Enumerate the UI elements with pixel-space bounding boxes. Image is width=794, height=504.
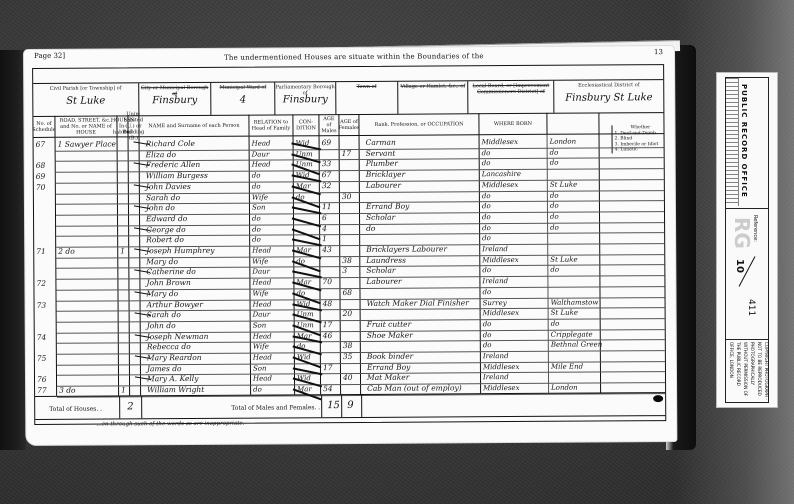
cell-relation: Daur bbox=[252, 267, 270, 277]
cell-name: William Burgess bbox=[146, 171, 208, 181]
cell-born-county: do bbox=[483, 330, 492, 340]
cell-relation: Head bbox=[253, 352, 272, 362]
cell-age-male: 69 bbox=[322, 138, 332, 148]
cell-name: Edward do bbox=[146, 214, 187, 224]
cell-age-female: 38 bbox=[342, 256, 352, 266]
district-label: Local Board, or [Improvement Commissione… bbox=[468, 83, 553, 96]
cell-relation: Head bbox=[252, 245, 271, 255]
cell-name: Rebecca do bbox=[147, 342, 191, 352]
cell-name: Mary do bbox=[146, 289, 178, 299]
cell-occupation: Laundress bbox=[366, 255, 406, 265]
cell-age-male: 46 bbox=[323, 331, 333, 341]
census-page: Page 32] The undermentioned Houses are s… bbox=[24, 46, 676, 445]
cell-born-county: Ireland bbox=[482, 244, 508, 254]
cell-relation: do bbox=[252, 224, 261, 234]
cell-inhabited: 1 bbox=[120, 246, 125, 256]
district-value: St Luke bbox=[33, 95, 138, 107]
cell-relation: Daur bbox=[252, 149, 270, 159]
district-box: Town of bbox=[336, 82, 399, 114]
column-header-schedule: No. of Schedule bbox=[33, 116, 55, 138]
district-value: Finsbury bbox=[139, 95, 210, 106]
column-header-relation: RELATION to Head of Family bbox=[249, 114, 293, 136]
cell-occupation: Watch Maker Dial Finisher bbox=[367, 298, 469, 309]
cell-born-place: do bbox=[550, 222, 559, 232]
cell-name: Catherine do bbox=[146, 267, 196, 277]
cell-born-place: do bbox=[550, 190, 559, 200]
cell-occupation: Shoe Maker bbox=[367, 330, 413, 340]
cell-inhabited: 1 bbox=[121, 385, 126, 395]
cell-born-place: London bbox=[550, 137, 577, 147]
census-table: No. of ScheduleROAD, STREET, &c., and No… bbox=[33, 112, 665, 396]
cell-schedule: 70 bbox=[36, 183, 46, 193]
cell-relation: Wife bbox=[252, 192, 268, 202]
cell-occupation: Errand Boy bbox=[366, 202, 409, 212]
cell-age-male: 4 bbox=[322, 224, 327, 234]
cell-born-county: do bbox=[482, 191, 491, 201]
column-rule bbox=[249, 137, 252, 395]
cell-age-female: 68 bbox=[342, 288, 352, 298]
pro-reference-block: Reference: RG 10 411 bbox=[726, 208, 768, 340]
males-total-value: 15 bbox=[327, 400, 340, 411]
cell-name: Mary Reardon bbox=[147, 353, 202, 363]
cell-born-county: do bbox=[482, 223, 491, 233]
cell-occupation: Bricklayers Labourer bbox=[366, 244, 447, 254]
cell-name: Richard Cole bbox=[146, 139, 195, 149]
cell-relation: Head bbox=[253, 299, 272, 309]
cell-born-county: Lancashire bbox=[482, 169, 521, 179]
cell-born-county: do bbox=[482, 201, 491, 211]
footnote: …en through such of the words as are ina… bbox=[96, 421, 244, 428]
cell-born-county: do bbox=[482, 212, 491, 222]
column-header-born-place bbox=[547, 112, 599, 134]
cell-born-place: London bbox=[551, 383, 578, 393]
ruler-scale bbox=[726, 78, 739, 206]
cell-schedule: 71 bbox=[36, 247, 46, 257]
cell-born-county: Middlesex bbox=[483, 362, 519, 372]
cell-schedule: 74 bbox=[37, 332, 47, 342]
cell-age-male: 67 bbox=[322, 170, 332, 180]
column-header-age-female: AGE of Females bbox=[339, 114, 359, 136]
cell-occupation: Errand Boy bbox=[367, 362, 410, 372]
cell-age-female: 30 bbox=[342, 192, 352, 202]
cell-schedule: 69 bbox=[36, 172, 46, 182]
column-header-name: NAME and Surname of each Person bbox=[139, 115, 249, 138]
district-value: Finsbury bbox=[276, 94, 335, 105]
column-rule bbox=[359, 136, 362, 394]
cell-name: Sarah do bbox=[147, 310, 181, 320]
column-header-infirmity bbox=[599, 112, 663, 134]
cell-name: John do bbox=[147, 321, 176, 331]
district-box: City or Municipal Borough ofFinsbury bbox=[139, 83, 211, 115]
cell-name: John do bbox=[146, 203, 175, 213]
cell-born-county: do bbox=[482, 287, 491, 297]
cell-relation: do bbox=[252, 213, 261, 223]
cell-schedule: 72 bbox=[36, 279, 46, 289]
cell-relation: Head bbox=[252, 278, 271, 288]
cell-schedule: 77 bbox=[37, 386, 47, 396]
district-label: Town of bbox=[336, 84, 397, 90]
cell-born-county: do bbox=[482, 159, 491, 169]
cell-age-male: 17 bbox=[323, 320, 333, 330]
cell-born-county: do bbox=[482, 148, 491, 158]
column-rule bbox=[599, 134, 602, 392]
cell-occupation: Plumber bbox=[366, 159, 398, 169]
ink-blot bbox=[653, 395, 663, 402]
cell-schedule: 75 bbox=[37, 354, 47, 364]
cell-born-place: St Luke bbox=[550, 179, 577, 189]
cell-age-male: 43 bbox=[322, 245, 332, 255]
district-box: Village or Hamlet, &c., of bbox=[398, 81, 468, 113]
cell-occupation: do bbox=[366, 223, 375, 233]
cell-born-county: do bbox=[482, 233, 491, 243]
cell-age-male: 17 bbox=[323, 363, 333, 373]
cell-relation: Wife bbox=[252, 288, 268, 298]
cell-relation: Son bbox=[252, 203, 266, 213]
piece-number-a: 10 bbox=[734, 259, 745, 273]
enumeration-sheet: Civil Parish [or Township] ofSt LukeCity… bbox=[32, 64, 666, 425]
enumerator-check-mark bbox=[292, 217, 321, 227]
cell-schedule: 67 bbox=[36, 140, 46, 150]
cell-born-place: Cripplegate bbox=[551, 329, 593, 339]
cell-age-female: 40 bbox=[343, 373, 353, 383]
cell-relation: do bbox=[252, 171, 261, 181]
cell-name: Joseph Humphrey bbox=[146, 246, 214, 256]
cell-relation: Head bbox=[253, 331, 272, 341]
district-label: Ecclesiastical District of bbox=[554, 82, 663, 89]
boundary-heading: The undermentioned Houses are situate wi… bbox=[224, 52, 484, 62]
cell-age-female: 20 bbox=[343, 309, 353, 319]
cell-name: John Davies bbox=[146, 182, 191, 192]
persons-total-label: Total of Males and Females. . bbox=[231, 404, 320, 412]
piece-number-b: 411 bbox=[746, 299, 756, 316]
column-header-occupation: Rank, Profession, or OCCUPATION bbox=[359, 113, 479, 136]
cell-name: John Brown bbox=[146, 278, 190, 288]
cell-occupation: Labourer bbox=[366, 180, 401, 190]
cell-name: Robert do bbox=[146, 235, 184, 245]
district-box: Local Board, or [Improvement Commissione… bbox=[468, 81, 554, 114]
cell-occupation: Scholar bbox=[366, 213, 395, 223]
cell-relation: do bbox=[253, 385, 262, 395]
column-header-born-county: WHERE BORN bbox=[479, 113, 547, 135]
book-binding-left bbox=[0, 50, 26, 450]
pro-heading: PUBLIC RECORD OFFICE bbox=[740, 84, 748, 198]
cell-born-county: Ireland bbox=[483, 351, 509, 361]
cell-age-female: 38 bbox=[343, 341, 353, 351]
district-box: Municipal Ward of4 bbox=[211, 82, 275, 114]
cell-age-female: 17 bbox=[342, 149, 352, 159]
pro-reference-strip: PUBLIC RECORD OFFICE Reference: RG 10 41… bbox=[716, 72, 778, 408]
cell-born-place: do bbox=[550, 201, 559, 211]
cell-age-male: 54 bbox=[323, 384, 333, 394]
cell-born-place: do bbox=[550, 265, 559, 275]
cell-relation: Wife bbox=[253, 342, 269, 352]
cell-occupation: Cab Man (out of employ) bbox=[367, 383, 462, 394]
column-header-uninhabited: Unin-habited (U.) or Building (B.) bbox=[128, 115, 139, 137]
cell-name: William Wright bbox=[147, 385, 204, 395]
cell-born-county: Surrey bbox=[483, 298, 507, 308]
cell-road: 3 do bbox=[59, 386, 76, 396]
district-label: Village or Hamlet, &c., of bbox=[398, 83, 467, 89]
corner-number: 13 bbox=[654, 48, 663, 56]
cell-occupation: Carman bbox=[366, 138, 396, 148]
cell-age-male: 32 bbox=[322, 181, 332, 191]
cell-age-male: 70 bbox=[322, 277, 332, 287]
cell-occupation: Bricklayer bbox=[366, 170, 405, 180]
cell-name: Mary do bbox=[146, 257, 178, 267]
district-value: 4 bbox=[211, 94, 274, 105]
cell-occupation: Fruit cutter bbox=[367, 320, 412, 330]
cell-occupation: Labourer bbox=[366, 277, 401, 287]
district-box: Ecclesiastical District ofFinsbury St Lu… bbox=[554, 80, 663, 113]
cell-age-male: 48 bbox=[323, 299, 333, 309]
cell-name: Arthur Bowyer bbox=[147, 299, 203, 309]
column-rule bbox=[55, 138, 58, 396]
cell-born-place: Mile End bbox=[551, 361, 583, 371]
cell-born-county: do bbox=[483, 340, 492, 350]
cell-schedule: 76 bbox=[37, 375, 47, 385]
cell-born-place: St Luke bbox=[550, 254, 577, 264]
cell-age-male: 33 bbox=[322, 160, 332, 170]
page-label: Page 32] bbox=[34, 52, 65, 60]
cell-age-male: 1 bbox=[322, 234, 327, 244]
cell-occupation: Book binder bbox=[367, 352, 413, 362]
district-box: Parliamentary Borough ofFinsbury bbox=[276, 82, 337, 114]
cell-born-place: do bbox=[551, 319, 560, 329]
column-rule bbox=[128, 137, 131, 395]
cell-born-county: Middlesex bbox=[482, 255, 518, 265]
cell-born-place: St Luke bbox=[551, 308, 578, 318]
cell-born-county: Ireland bbox=[483, 372, 509, 382]
cell-road: 2 do bbox=[58, 247, 75, 257]
cell-schedule: 73 bbox=[37, 300, 47, 310]
totals-row: Total of Houses. . 2 Total of Males and … bbox=[35, 392, 665, 425]
cell-born-place: do bbox=[550, 158, 559, 168]
district-label: Civil Parish [or Township] of bbox=[33, 85, 138, 92]
cell-age-female: 3 bbox=[342, 266, 347, 276]
cell-born-place: do bbox=[550, 147, 559, 157]
cell-name: Joseph Newman bbox=[147, 331, 209, 341]
column-rule bbox=[117, 137, 120, 395]
cell-age-male: 6 bbox=[322, 213, 327, 223]
cell-occupation: Mat Maker bbox=[367, 373, 409, 383]
district-label: Municipal Ward of bbox=[211, 84, 274, 90]
column-rule bbox=[547, 135, 550, 393]
cell-relation: do bbox=[252, 181, 261, 191]
cell-born-place: do bbox=[550, 212, 559, 222]
column-header-condition: CON-DITION bbox=[293, 114, 319, 136]
cell-occupation: Servant bbox=[366, 148, 396, 158]
cell-born-county: do bbox=[483, 319, 492, 329]
cell-relation: Son bbox=[253, 320, 267, 330]
cell-born-county: Middlesex bbox=[482, 180, 518, 190]
column-rule bbox=[479, 135, 482, 393]
cell-name: George do bbox=[146, 225, 186, 235]
cell-born-county: Middlesex bbox=[483, 383, 519, 393]
cell-relation: Wife bbox=[252, 256, 268, 266]
cell-relation: Daur bbox=[253, 310, 271, 320]
column-header-road: ROAD, STREET, &c., and No. or NAME of HO… bbox=[55, 115, 117, 137]
district-value: Finsbury St Luke bbox=[554, 92, 663, 104]
column-header-age-male: AGE of Males bbox=[319, 114, 339, 136]
cell-road: 1 Sawyer Place bbox=[58, 139, 116, 149]
cell-born-place: Bethnal Green bbox=[551, 340, 603, 350]
cell-name: Eliza do bbox=[146, 150, 176, 160]
cell-born-county: Middlesex bbox=[483, 308, 519, 318]
cell-occupation: Scholar bbox=[366, 266, 395, 276]
cell-relation: do bbox=[252, 235, 261, 245]
cell-born-place: Walthamstow bbox=[551, 297, 599, 307]
houses-total-value: 2 bbox=[127, 401, 133, 412]
cell-name: Mary A. Kelly bbox=[147, 374, 198, 384]
pro-reference-box: PUBLIC RECORD OFFICE Reference: RG 10 41… bbox=[725, 77, 769, 403]
cell-schedule: 68 bbox=[36, 161, 46, 171]
cell-age-female: 35 bbox=[343, 352, 353, 362]
cell-name: Sarah do bbox=[146, 193, 180, 203]
column-rule bbox=[339, 136, 342, 394]
females-total-value: 9 bbox=[347, 400, 353, 411]
cell-age-male: 11 bbox=[322, 202, 332, 212]
cell-born-county: Ireland bbox=[482, 276, 508, 286]
cell-relation: Head bbox=[253, 374, 272, 384]
cell-name: James do bbox=[147, 364, 182, 374]
cell-relation: Head bbox=[252, 160, 271, 170]
houses-total-label: Total of Houses. . bbox=[49, 406, 102, 413]
cell-name: Frederic Allen bbox=[146, 160, 201, 170]
series-code: RG bbox=[730, 217, 754, 249]
copyright-notice: COPYRIGHT PHOTOGRAPH - NOT TO BE REPRODU… bbox=[728, 342, 770, 402]
cell-relation: Head bbox=[252, 138, 271, 148]
cell-born-county: Middlesex bbox=[482, 137, 518, 147]
cell-born-county: do bbox=[482, 266, 491, 276]
cell-relation: Son bbox=[253, 363, 267, 373]
